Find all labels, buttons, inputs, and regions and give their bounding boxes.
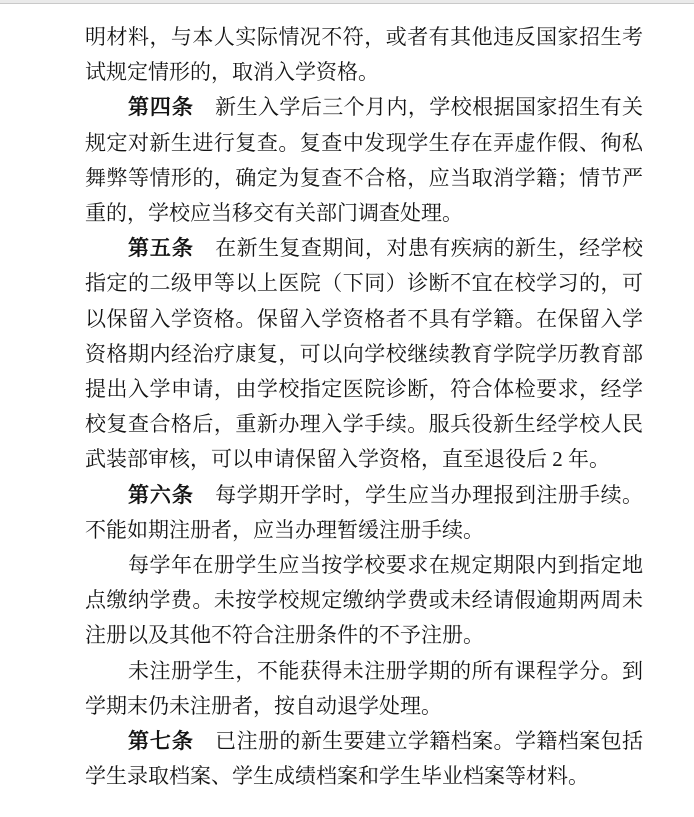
article-number-label: 第四条	[128, 96, 194, 119]
text-run: 重的，学校应当移交有关部门调查处理。	[85, 201, 463, 225]
text-run: 提出入学申请，由学校指定医院诊断，符合体检要求，经学	[85, 377, 643, 401]
text-run: 新生入学后三个月内，学校根据国家招生有关	[194, 95, 643, 119]
text-line: 提出入学申请，由学校指定医院诊断，符合体检要求，经学	[85, 372, 643, 407]
text-run: 点缴纳学费。未按学校规定缴纳学费或未经请假逾期两周未	[85, 588, 643, 612]
document-page: 明材料，与本人实际情况不符，或者有其他违反国家招生考试规定情形的，取消入学资格。…	[0, 0, 694, 817]
text-run: 规定对新生进行复查。复查中发现学生存在弄虚作假、徇私	[85, 131, 643, 155]
text-run: 已注册的新生要建立学籍档案。学籍档案包括	[194, 729, 643, 753]
text-line: 点缴纳学费。未按学校规定缴纳学费或未经请假逾期两周未	[85, 583, 643, 618]
page-top-edge	[0, 0, 694, 4]
text-run: 每学期开学时，学生应当办理报到注册手续。	[194, 483, 643, 507]
text-run: 在新生复查期间，对患有疾病的新生，经学校	[194, 236, 643, 260]
text-run: 武装部审核，可以申请保留入学资格，直至退役后 2 年。	[85, 447, 610, 471]
text-run: 学期末仍未注册者，按自动退学处理。	[85, 694, 442, 718]
text-line: 第七条 已注册的新生要建立学籍档案。学籍档案包括	[85, 724, 643, 759]
text-line: 舞弊等情形的，确定为复查不合格，应当取消学籍；情节严	[85, 161, 643, 196]
text-run: 不能如期注册者，应当办理暂缓注册手续。	[85, 518, 484, 542]
text-line: 试规定情形的，取消入学资格。	[85, 55, 643, 90]
article-number-label: 第六条	[128, 484, 194, 507]
document-text-block: 明材料，与本人实际情况不符，或者有其他违反国家招生考试规定情形的，取消入学资格。…	[85, 20, 643, 794]
text-run: 试规定情形的，取消入学资格。	[85, 60, 379, 84]
text-run: 学生录取档案、学生成绩档案和学生毕业档案等材料。	[85, 764, 589, 788]
text-line: 重的，学校应当移交有关部门调查处理。	[85, 196, 643, 231]
text-line: 明材料，与本人实际情况不符，或者有其他违反国家招生考	[85, 20, 643, 55]
text-run: 以保留入学资格。保留入学资格者不具有学籍。在保留入学	[85, 307, 643, 331]
text-line: 第四条 新生入学后三个月内，学校根据国家招生有关	[85, 90, 643, 125]
text-line: 不能如期注册者，应当办理暂缓注册手续。	[85, 513, 643, 548]
text-run: 明材料，与本人实际情况不符，或者有其他违反国家招生考	[85, 25, 643, 49]
article-number-label: 第七条	[128, 730, 194, 753]
text-line: 以保留入学资格。保留入学资格者不具有学籍。在保留入学	[85, 302, 643, 337]
text-line: 资格期内经治疗康复，可以向学校继续教育学院学历教育部	[85, 337, 643, 372]
text-line: 未注册学生，不能获得未注册学期的所有课程学分。到	[85, 654, 643, 689]
text-line: 学期末仍未注册者，按自动退学处理。	[85, 689, 643, 724]
text-run: 资格期内经治疗康复，可以向学校继续教育学院学历教育部	[85, 342, 643, 366]
text-line: 指定的二级甲等以上医院（下同）诊断不宜在校学习的，可	[85, 266, 643, 301]
text-run: 指定的二级甲等以上医院（下同）诊断不宜在校学习的，可	[85, 271, 643, 295]
text-line: 学生录取档案、学生成绩档案和学生毕业档案等材料。	[85, 759, 643, 794]
text-line: 规定对新生进行复查。复查中发现学生存在弄虚作假、徇私	[85, 126, 643, 161]
text-line: 校复查合格后，重新办理入学手续。服兵役新生经学校人民	[85, 407, 643, 442]
text-line: 注册以及其他不符合注册条件的不予注册。	[85, 618, 643, 653]
text-line: 第六条 每学期开学时，学生应当办理报到注册手续。	[85, 478, 643, 513]
text-run: 校复查合格后，重新办理入学手续。服兵役新生经学校人民	[85, 412, 643, 436]
text-line: 第五条 在新生复查期间，对患有疾病的新生，经学校	[85, 231, 643, 266]
text-run: 每学年在册学生应当按学校要求在规定期限内到指定地	[128, 553, 643, 577]
article-number-label: 第五条	[128, 237, 194, 260]
text-run: 未注册学生，不能获得未注册学期的所有课程学分。到	[128, 659, 643, 683]
text-line: 每学年在册学生应当按学校要求在规定期限内到指定地	[85, 548, 643, 583]
text-run: 舞弊等情形的，确定为复查不合格，应当取消学籍；情节严	[85, 166, 643, 190]
text-line: 武装部审核，可以申请保留入学资格，直至退役后 2 年。	[85, 442, 643, 477]
text-run: 注册以及其他不符合注册条件的不予注册。	[85, 623, 484, 647]
